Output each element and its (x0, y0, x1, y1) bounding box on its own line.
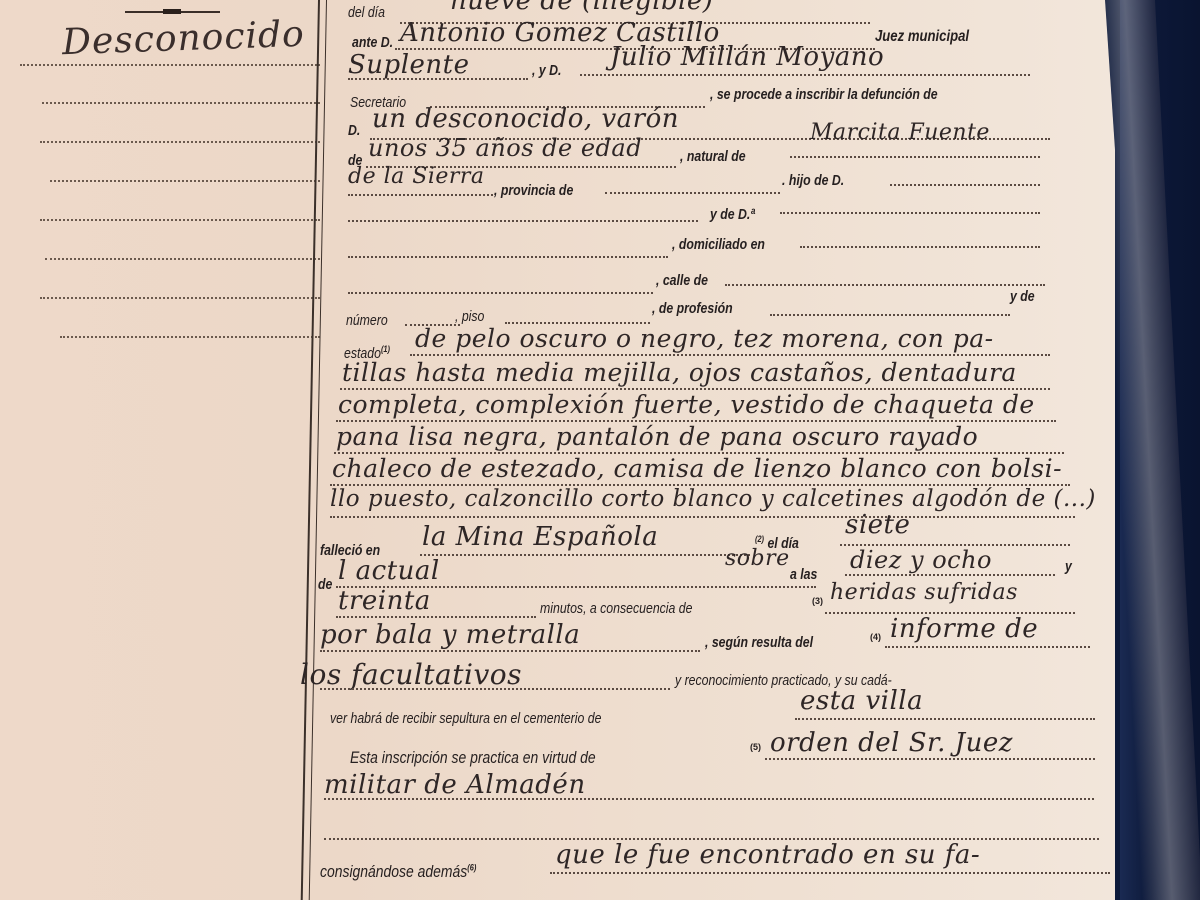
handwritten-text: esta villa (800, 686, 923, 716)
form-line-7: de la Sierra , provincia de . hijo de D. (330, 164, 1110, 198)
handwritten-text: l actual (338, 556, 440, 586)
printed-text: consignándose además(6) (320, 862, 476, 882)
handwritten-text: pana lisa negra, pantalón de pana oscuro… (336, 422, 978, 451)
form-line-8: y de D.ª (330, 196, 1110, 230)
fill-line (890, 184, 1040, 186)
printed-text: ver habrá de recibir sepultura en el cem… (330, 710, 601, 727)
handwritten-text: los facultativos (300, 658, 522, 691)
handwritten-text: heridas sufridas (830, 580, 1018, 605)
handwritten-text: Suplente (348, 50, 469, 80)
fill-line (420, 554, 750, 556)
printed-text: , domiciliado en (672, 236, 765, 253)
stub-rule (42, 102, 320, 104)
form-line-3: Suplente , y D. Julio Millán Moyano (330, 48, 1110, 82)
handwritten-text: informe de (890, 614, 1038, 644)
form-line-10: , calle de (330, 264, 1110, 298)
stub-margin: Desconocido (0, 0, 320, 900)
printed-text: , calle de (656, 272, 708, 289)
fill-line (725, 284, 1045, 286)
printed-text: , y D. (532, 62, 561, 79)
handwritten-text: que le fue encontrado en su fa- (555, 840, 980, 870)
form-line-16: chaleco de estezado, camisa de lienzo bl… (330, 456, 1110, 490)
handwritten-text: tillas hasta media mejilla, ojos castaño… (342, 358, 1017, 387)
form-line-6: de unos 35 años de edad , natural de Mar… (330, 134, 1110, 168)
form-line-12: estado(1) de pelo oscuro o negro, tez mo… (330, 326, 1110, 360)
printed-text: , piso (455, 308, 484, 325)
fill-line (845, 574, 1055, 576)
fill-line (324, 798, 1094, 800)
handwritten-text: orden del Sr. Juez (770, 728, 1013, 758)
form-line-9: , domiciliado en (330, 230, 1110, 264)
fill-line (336, 616, 536, 618)
fill-line (348, 292, 653, 294)
form-line-18: falleció en la Mina Española (2) el día … (330, 528, 1110, 562)
stub-rule (60, 336, 320, 338)
printed-text: minutos, a consecuencia de (540, 600, 692, 617)
fill-line (320, 650, 700, 652)
fill-line (605, 192, 780, 194)
fill-line (790, 156, 1040, 158)
handwritten-text: llo puesto, calzoncillo corto blanco y c… (330, 486, 1096, 512)
handwritten-text: un desconocido, varón (372, 104, 679, 134)
stub-dash (125, 11, 220, 13)
form-line-5: D. un desconocido, varón (330, 104, 1110, 138)
handwritten-text: Marcita Fuente (810, 120, 990, 145)
form-line-25: militar de Almadén (330, 774, 1110, 808)
printed-text: y de (1010, 288, 1035, 305)
handwritten-text: de pelo oscuro o negro, tez morena, con … (415, 324, 994, 353)
footnote-marker: (5) (750, 742, 761, 752)
footnote-marker: (4) (870, 632, 881, 642)
fill-line (550, 872, 1110, 874)
handwritten-text: completa, complexión fuerte, vestido de … (338, 390, 1035, 419)
form-line-15: pana lisa negra, pantalón de pana oscuro… (330, 424, 1110, 458)
form-line-17: llo puesto, calzoncillo corto blanco y c… (330, 488, 1110, 522)
form-line-26: consignándose además(6) que le fue encon… (330, 852, 1110, 886)
fill-line (320, 688, 670, 690)
printed-text: Esta inscripción se practica en virtud d… (350, 748, 596, 768)
form-line-13: tillas hasta media mejilla, ojos castaño… (330, 360, 1110, 394)
fill-line (348, 256, 668, 258)
printed-text: , de profesión (652, 300, 733, 317)
handwritten-text: Julio Millán Moyano (610, 42, 884, 72)
fill-line (348, 78, 528, 80)
printed-text: del día (348, 4, 385, 21)
handwritten-text: la Mina Española (422, 522, 658, 552)
stub-rule (40, 219, 320, 221)
fill-line (770, 314, 1010, 316)
form-line-22: los facultativos y reconocimiento practi… (330, 664, 1110, 698)
handwritten-text: diez y ocho (850, 546, 992, 574)
handwritten-text: siete (845, 510, 910, 540)
death-record-form: del día nueve de (illegible) ante D. Ant… (330, 0, 1110, 900)
handwritten-text: unos 35 años de edad (368, 134, 642, 162)
fill-line (780, 212, 1040, 214)
fill-line (580, 74, 1030, 76)
fill-line (348, 220, 698, 222)
fill-line (410, 354, 1050, 356)
handwritten-text: treinta (338, 586, 431, 616)
stub-rule (40, 141, 320, 143)
stub-rule (45, 258, 320, 260)
document-page: Desconocido del día nueve de (illegible)… (0, 0, 1115, 900)
fill-line (765, 758, 1095, 760)
handwritten-text: de la Sierra (348, 164, 485, 189)
fill-line (795, 718, 1095, 720)
handwritten-text: chaleco de estezado, camisa de lienzo bl… (332, 454, 1062, 483)
stub-name: Desconocido (61, 14, 305, 63)
printed-text: Juez municipal (875, 28, 969, 46)
fill-line (885, 646, 1090, 648)
fill-line (330, 516, 1075, 518)
handwritten-text: sobre (725, 546, 790, 571)
printed-text: , natural de (680, 148, 746, 165)
stub-rule (40, 297, 320, 299)
form-line-21: por bala y metralla , según resulta del … (330, 628, 1110, 662)
form-line-14: completa, complexión fuerte, vestido de … (330, 392, 1110, 426)
handwritten-text: nueve de (illegible) (450, 0, 713, 16)
footnote-marker: (3) (812, 596, 823, 606)
stub-rule (20, 64, 320, 66)
printed-text: , se procede a inscribir la defunción de (710, 86, 938, 103)
printed-text: a las (790, 566, 817, 583)
printed-text: y de D.ª (710, 206, 755, 223)
printed-text: de (318, 576, 332, 593)
form-line-24: Esta inscripción se practica en virtud d… (330, 740, 1110, 774)
printed-text: , según resulta del (705, 634, 813, 651)
handwritten-text: por bala y metralla (320, 620, 580, 650)
printed-text: . hijo de D. (782, 172, 844, 189)
fill-line (800, 246, 1040, 248)
stub-rule (50, 180, 320, 182)
handwritten-text: militar de Almadén (324, 770, 586, 800)
printed-text: y (1065, 558, 1072, 575)
